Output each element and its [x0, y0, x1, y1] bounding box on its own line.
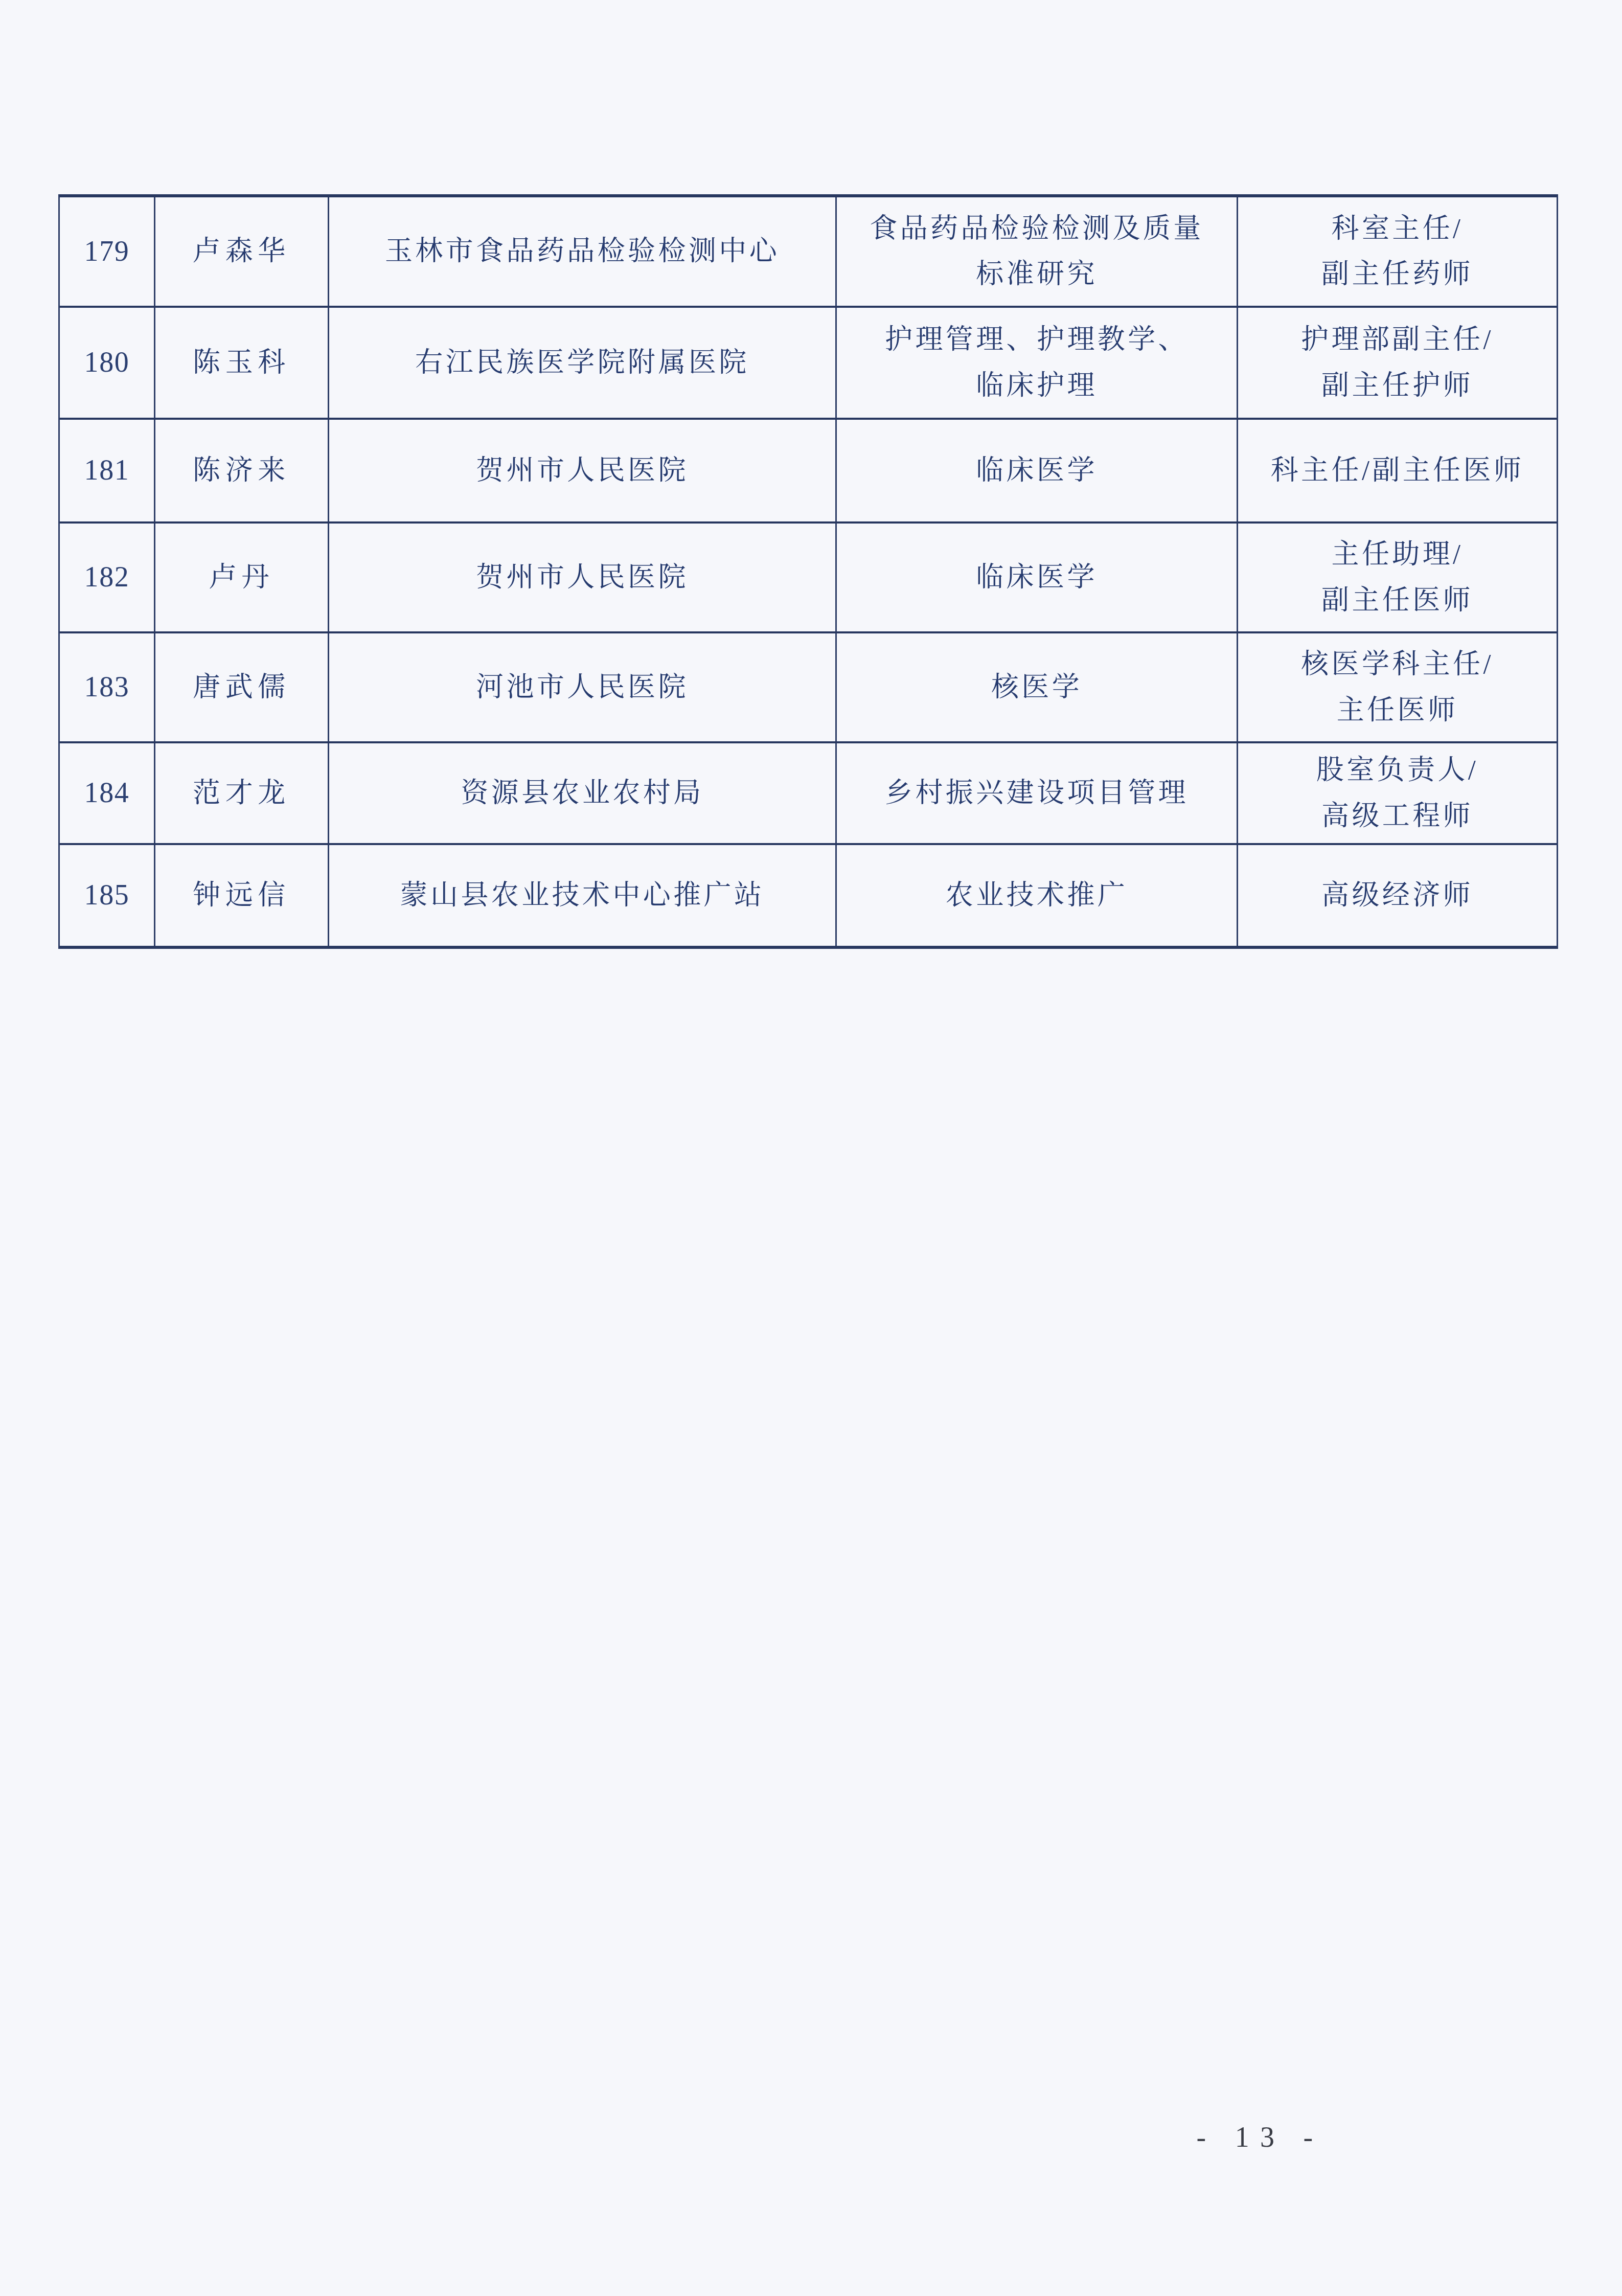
- row-number: 181: [84, 447, 129, 494]
- title-line: 核医学科主任/: [1301, 642, 1494, 687]
- title-cell: 高级经济师: [1237, 845, 1557, 946]
- name-cell: 陈济来: [154, 420, 328, 521]
- field-line: 乡村振兴建设项目管理: [885, 770, 1189, 816]
- row-number-cell: 179: [60, 197, 154, 306]
- organization-cell: 贺州市人民医院: [328, 524, 835, 631]
- row-number: 183: [84, 664, 129, 711]
- person-name: 唐武儒: [193, 665, 290, 710]
- personnel-table: 179 卢森华 玉林市食品药品检验检测中心 食品药品检验检测及质量标准研究 科室…: [58, 194, 1558, 949]
- field-line: 农业技术推广: [946, 873, 1128, 918]
- field-cell: 农业技术推广: [835, 845, 1237, 946]
- field-line: 临床护理: [976, 363, 1098, 408]
- organization: 资源县农业农村局: [461, 770, 703, 816]
- document-page: 179 卢森华 玉林市食品药品检验检测中心 食品药品检验检测及质量标准研究 科室…: [0, 0, 1622, 2296]
- field-line: 护理管理、护理教学、: [885, 317, 1189, 362]
- name-cell: 钟远信: [154, 845, 328, 946]
- name-cell: 陈玉科: [154, 308, 328, 418]
- row-number: 182: [84, 554, 129, 601]
- table-row: 184 范才龙 资源县农业农村局 乡村振兴建设项目管理 股室负责人/高级工程师: [60, 741, 1557, 843]
- table-row: 185 钟远信 蒙山县农业技术中心推广站 农业技术推广 高级经济师: [60, 843, 1557, 946]
- organization-cell: 贺州市人民医院: [328, 420, 835, 521]
- person-name: 陈玉科: [193, 340, 290, 385]
- field-line: 标准研究: [976, 252, 1098, 297]
- row-number-cell: 185: [60, 845, 154, 946]
- person-name: 卢森华: [193, 229, 290, 274]
- title-cell: 护理部副主任/副主任护师: [1237, 308, 1557, 418]
- title-line: 副主任护师: [1321, 363, 1473, 408]
- person-name: 陈济来: [193, 448, 290, 493]
- field-line: 临床医学: [976, 448, 1098, 493]
- title-line: 主任助理/: [1331, 532, 1463, 577]
- row-number-cell: 183: [60, 633, 154, 741]
- name-cell: 唐武儒: [154, 633, 328, 741]
- organization: 玉林市食品药品检验检测中心: [385, 229, 780, 274]
- field-cell: 护理管理、护理教学、临床护理: [835, 308, 1237, 418]
- title-line: 科室主任/: [1331, 206, 1463, 252]
- title-cell: 主任助理/副主任医师: [1237, 524, 1557, 631]
- person-name: 钟远信: [193, 873, 290, 918]
- title-line: 副主任医师: [1321, 578, 1473, 623]
- field-cell: 核医学: [835, 633, 1237, 741]
- row-number: 179: [84, 228, 129, 275]
- organization-cell: 资源县农业农村局: [328, 743, 835, 843]
- title-line: 高级工程师: [1321, 793, 1473, 839]
- title-line: 股室负责人/: [1316, 747, 1478, 793]
- person-name: 范才龙: [193, 770, 290, 816]
- title-cell: 股室负责人/高级工程师: [1237, 743, 1557, 843]
- field-cell: 临床医学: [835, 420, 1237, 521]
- organization: 贺州市人民医院: [476, 555, 689, 600]
- page-number: - 13 -: [1158, 2121, 1362, 2155]
- field-cell: 食品药品检验检测及质量标准研究: [835, 197, 1237, 306]
- table-row: 181 陈济来 贺州市人民医院 临床医学 科主任/副主任医师: [60, 418, 1557, 521]
- title-line: 副主任药师: [1321, 252, 1473, 297]
- row-number: 184: [84, 769, 129, 816]
- row-number-cell: 180: [60, 308, 154, 418]
- organization-cell: 玉林市食品药品检验检测中心: [328, 197, 835, 306]
- field-line: 临床医学: [976, 555, 1098, 600]
- organization: 右江民族医学院附属医院: [415, 340, 749, 385]
- organization-cell: 右江民族医学院附属医院: [328, 308, 835, 418]
- name-cell: 范才龙: [154, 743, 328, 843]
- title-line: 高级经济师: [1321, 873, 1473, 918]
- row-number: 180: [84, 339, 129, 386]
- field-line: 食品药品检验检测及质量: [870, 206, 1203, 252]
- field-line: 核医学: [991, 665, 1082, 710]
- table-row: 180 陈玉科 右江民族医学院附属医院 护理管理、护理教学、临床护理 护理部副主…: [60, 306, 1557, 418]
- row-number: 185: [84, 872, 129, 919]
- table-row: 179 卢森华 玉林市食品药品检验检测中心 食品药品检验检测及质量标准研究 科室…: [60, 197, 1557, 306]
- name-cell: 卢森华: [154, 197, 328, 306]
- organization: 贺州市人民医院: [476, 448, 689, 493]
- title-cell: 科主任/副主任医师: [1237, 420, 1557, 521]
- table-row: 182 卢丹 贺州市人民医院 临床医学 主任助理/副主任医师: [60, 521, 1557, 631]
- title-line: 科主任/副主任医师: [1271, 448, 1524, 493]
- row-number-cell: 182: [60, 524, 154, 631]
- organization-cell: 河池市人民医院: [328, 633, 835, 741]
- row-number-cell: 181: [60, 420, 154, 521]
- organization: 河池市人民医院: [476, 665, 689, 710]
- organization-cell: 蒙山县农业技术中心推广站: [328, 845, 835, 946]
- title-cell: 核医学科主任/主任医师: [1237, 633, 1557, 741]
- name-cell: 卢丹: [154, 524, 328, 631]
- field-cell: 乡村振兴建设项目管理: [835, 743, 1237, 843]
- table-row: 183 唐武儒 河池市人民医院 核医学 核医学科主任/主任医师: [60, 631, 1557, 741]
- person-name: 卢丹: [209, 555, 274, 600]
- title-line: 护理部副主任/: [1301, 317, 1494, 362]
- field-cell: 临床医学: [835, 524, 1237, 631]
- title-cell: 科室主任/副主任药师: [1237, 197, 1557, 306]
- title-line: 主任医师: [1337, 688, 1458, 733]
- row-number-cell: 184: [60, 743, 154, 843]
- organization: 蒙山县农业技术中心推广站: [400, 873, 765, 918]
